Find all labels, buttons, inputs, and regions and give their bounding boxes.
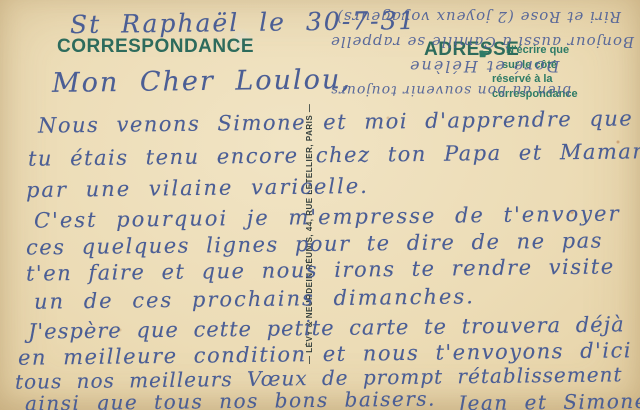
inverted-note-line: Doré et Hélène <box>408 57 559 76</box>
handwritten-line: C'est pourquoi je m'empresse de t'envoye… <box>34 201 621 232</box>
handwritten-line: un de ces prochains dimanches. <box>34 284 475 313</box>
inverted-note-line: Riri et Rose (2 joyeux voyageurs) <box>336 8 621 26</box>
handwritten-salutation: Mon Cher Loulou, <box>52 64 352 99</box>
handwritten-line: par une vilaine varicelle. <box>26 174 369 202</box>
inverted-note-line: Bonjour aussi à Camille se rappelle <box>330 33 634 51</box>
correspondance-label: CORRESPONDANCE <box>57 36 254 58</box>
postcard-back: CORRESPONDANCE ADRESSE ☛ N'écrire que su… <box>0 0 640 410</box>
handwritten-signature: Jean et Simone <box>458 389 640 410</box>
handwritten-line: t'en faire et que nous irons te rendre v… <box>26 254 615 285</box>
handwritten-line: Nous venons Simone et moi d'apprendre qu… <box>38 106 634 137</box>
inverted-note-line: bien au bon souvenir toujours <box>330 82 571 98</box>
handwritten-line: ainsi que tous nos bons baisers. <box>25 386 436 410</box>
handwritten-line: tu étais tenu encore chez ton Papa et Ma… <box>28 139 640 171</box>
